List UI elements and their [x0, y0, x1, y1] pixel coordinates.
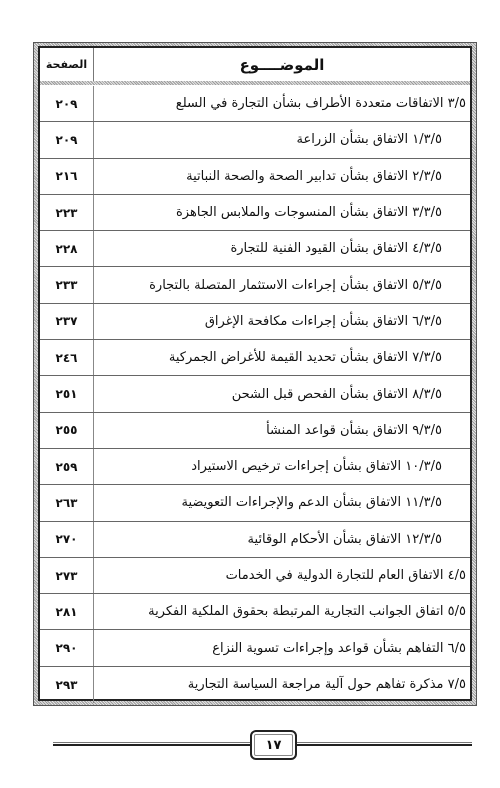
- row-topic: ١/٣/٥ الاتفاق بشأن الزراعة: [94, 122, 470, 157]
- row-topic: ١٢/٣/٥ الاتفاق بشأن الأحكام الوقائية: [94, 522, 470, 557]
- row-page: ٢١٦: [40, 159, 94, 194]
- toc-table: الصفحة الموضــــوع ٢٠٩ ٣/٥ الاتفاقات متع…: [38, 46, 472, 701]
- row-page: ٢٤٦: [40, 340, 94, 375]
- table-row: ٢٩٠ ٦/٥ التفاهم بشأن قواعد وإجراءات تسوي…: [40, 630, 470, 666]
- row-topic: ٥/٣/٥ الاتفاق بشأن إجراءات الاستثمار الم…: [94, 267, 470, 302]
- header-page: الصفحة: [40, 48, 94, 81]
- row-page: ٢٩٣: [40, 667, 94, 703]
- row-topic: ٦/٥ التفاهم بشأن قواعد وإجراءات تسوية ال…: [94, 630, 470, 665]
- row-topic: ١٠/٣/٥ الاتفاق بشأن إجراءات ترخيص الاستي…: [94, 449, 470, 484]
- footer-rule-left: [53, 742, 250, 746]
- row-page: ٢٢٣: [40, 195, 94, 230]
- row-page: ٢٥٩: [40, 449, 94, 484]
- row-page: ٢٦٣: [40, 485, 94, 520]
- row-topic: ٣/٣/٥ الاتفاق بشأن المنسوجات والملابس ال…: [94, 195, 470, 230]
- table-row: ٢٣٧ ٦/٣/٥ الاتفاق بشأن إجراءات مكافحة ال…: [40, 304, 470, 340]
- row-page: ٢٧٣: [40, 558, 94, 593]
- row-page: ٢٣٧: [40, 304, 94, 339]
- row-page: ٢٥٥: [40, 413, 94, 448]
- table-row: ٢٥٩ ١٠/٣/٥ الاتفاق بشأن إجراءات ترخيص ال…: [40, 449, 470, 485]
- table-row: ٢٠٩ ١/٣/٥ الاتفاق بشأن الزراعة: [40, 122, 470, 158]
- row-topic: ٤/٥ الاتفاق العام للتجارة الدولية في الخ…: [94, 558, 470, 593]
- toc-frame: الصفحة الموضــــوع ٢٠٩ ٣/٥ الاتفاقات متع…: [33, 42, 477, 706]
- table-row: ٢٧٣ ٤/٥ الاتفاق العام للتجارة الدولية في…: [40, 558, 470, 594]
- row-topic: ٦/٣/٥ الاتفاق بشأن إجراءات مكافحة الإغرا…: [94, 304, 470, 339]
- table-row: ٢٩٣ ٧/٥ مذكرة تفاهم حول آلية مراجعة السي…: [40, 667, 470, 703]
- row-topic: ٣/٥ الاتفاقات متعددة الأطراف بشأن التجار…: [94, 86, 470, 121]
- row-topic: ٧/٥ مذكرة تفاهم حول آلية مراجعة السياسة …: [94, 667, 470, 703]
- page-number: ١٧: [266, 738, 282, 753]
- table-header: الصفحة الموضــــوع: [40, 48, 470, 84]
- table-row: ٢٥٥ ٩/٣/٥ الاتفاق بشأن قواعد المنشأ: [40, 413, 470, 449]
- page-footer: ١٧: [53, 730, 472, 760]
- table-row: ٢٢٨ ٤/٣/٥ الاتفاق بشأن القيود الفنية للت…: [40, 231, 470, 267]
- row-topic: ٤/٣/٥ الاتفاق بشأن القيود الفنية للتجارة: [94, 231, 470, 266]
- row-page: ٢٨١: [40, 594, 94, 629]
- table-row: ٢٥١ ٨/٣/٥ الاتفاق بشأن الفحص قبل الشحن: [40, 376, 470, 412]
- row-topic: ١١/٣/٥ الاتفاق بشأن الدعم والإجراءات الت…: [94, 485, 470, 520]
- row-topic: ٧/٣/٥ الاتفاق بشأن تحديد القيمة للأغراض …: [94, 340, 470, 375]
- row-topic: ٢/٣/٥ الاتفاق بشأن تدابير الصحة والصحة ا…: [94, 159, 470, 194]
- header-divider: [40, 81, 470, 85]
- header-topic: الموضــــوع: [94, 48, 470, 81]
- table-row: ٢١٦ ٢/٣/٥ الاتفاق بشأن تدابير الصحة والص…: [40, 159, 470, 195]
- row-page: ٢٠٩: [40, 86, 94, 121]
- table-row: ٢٧٠ ١٢/٣/٥ الاتفاق بشأن الأحكام الوقائية: [40, 522, 470, 558]
- footer-rule-right: [297, 742, 472, 746]
- table-body: ٢٠٩ ٣/٥ الاتفاقات متعددة الأطراف بشأن ال…: [40, 86, 470, 699]
- table-row: ٢٠٩ ٣/٥ الاتفاقات متعددة الأطراف بشأن ال…: [40, 86, 470, 122]
- row-topic: ٨/٣/٥ الاتفاق بشأن الفحص قبل الشحن: [94, 376, 470, 411]
- row-page: ٢٢٨: [40, 231, 94, 266]
- table-row: ٢٦٣ ١١/٣/٥ الاتفاق بشأن الدعم والإجراءات…: [40, 485, 470, 521]
- row-page: ٢٩٠: [40, 630, 94, 665]
- row-page: ٢٠٩: [40, 122, 94, 157]
- table-row: ٢٤٦ ٧/٣/٥ الاتفاق بشأن تحديد القيمة للأغ…: [40, 340, 470, 376]
- table-row: ٢٢٣ ٣/٣/٥ الاتفاق بشأن المنسوجات والملاب…: [40, 195, 470, 231]
- page-number-badge: ١٧: [250, 730, 297, 760]
- row-topic: ٥/٥ اتفاق الجوانب التجارية المرتبطة بحقو…: [94, 594, 470, 629]
- row-page: ٢٧٠: [40, 522, 94, 557]
- table-row: ٢٣٣ ٥/٣/٥ الاتفاق بشأن إجراءات الاستثمار…: [40, 267, 470, 303]
- row-page: ٢٥١: [40, 376, 94, 411]
- row-page: ٢٣٣: [40, 267, 94, 302]
- row-topic: ٩/٣/٥ الاتفاق بشأن قواعد المنشأ: [94, 413, 470, 448]
- table-row: ٢٨١ ٥/٥ اتفاق الجوانب التجارية المرتبطة …: [40, 594, 470, 630]
